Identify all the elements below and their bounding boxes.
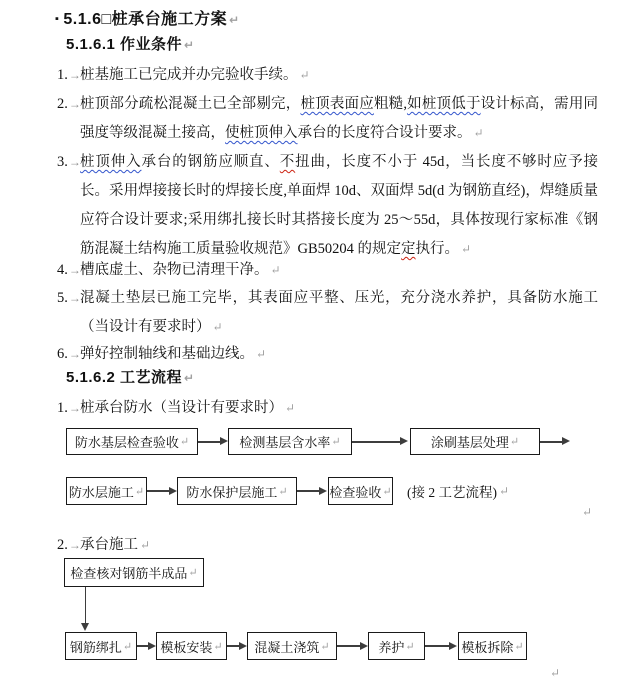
text-segment: 桩基施工已完成并办完验收手续。 [80,67,298,83]
flow-step-waterproof-base-inspection: 防水基层检查验收↵ [66,428,198,455]
paragraph-mark: ↵ [550,666,560,681]
list-item-6: 6.→弹好控制轴线和基础边线。↵ [57,340,598,369]
paragraph-mark: ↵ [283,401,295,415]
paragraph-mark: ↵ [459,242,471,256]
underlined-text: 使桩顶伸入 [225,125,298,141]
section-heading-5-1-6-1: 5.1.6.1 作业条件↵ [66,33,195,54]
tab-mark: → [68,68,81,82]
underlined-text: 如桩顶低于 [407,96,481,112]
item-number: 6.→ [57,340,81,369]
tab-mark: → [68,401,81,415]
flow-step-inspection-acceptance: 检查验收↵ [328,477,393,505]
paragraph-mark: ↵ [187,566,197,579]
tab-mark: → [68,155,81,169]
underlined-text: 桩顶表面应 [300,96,373,112]
item-number: 1.→ [57,394,81,423]
text-segment: 桩承台防水（当设计有要求时） [80,400,283,416]
item-number: 2.→ [57,90,81,119]
paragraph-mark: ↵ [404,640,414,653]
item-text: 桩顶部分疏松混凝土已全部剔完，桩顶表面应粗糙,如桩顶低于设计标高，需用同强度等级… [80,96,598,141]
paragraph-mark: ↵ [227,13,240,27]
list-item-1: 1.→桩基施工已完成并办完验收手续。↵ [57,61,598,90]
paragraph-mark: ↵ [211,320,223,334]
flow-step-formwork-removal: 模板拆除↵ [458,632,527,660]
paragraph-mark: ↵ [182,371,195,385]
text-segment: 承台施工 [80,537,138,553]
paragraph-mark: ↵ [319,640,329,653]
flow-arrow-right-icon [352,428,408,455]
heading-text: 5.1.6.1 作业条件 [66,36,182,53]
paragraph-mark: ↵ [472,126,484,140]
paragraph-mark: ↵ [277,485,287,498]
item-number: 2.→ [57,531,81,560]
list-item-4: 4.→槽底虚土、杂物已清理干净。↵ [57,256,598,285]
flow-step-protective-layer: 防水保护层施工↵ [177,477,297,505]
item-number: 5.→ [57,284,81,313]
flow-arrow-right-icon [198,428,228,455]
flow-continuation-note: (接 2 工艺流程)↵ [407,477,509,505]
tab-mark: → [68,263,81,277]
underlined-text: 不 [280,154,295,170]
item-text: 弹好控制轴线和基础边线。↵ [80,346,266,362]
tab-mark: → [68,97,81,111]
text-segment: 桩顶部分疏松混凝土已全部剔完， [80,96,300,112]
paragraph-mark: ↵ [138,538,150,552]
paragraph-mark: ↵ [513,640,523,653]
flow-step-concrete-pouring: 混凝土浇筑↵ [247,632,337,660]
flow-step-base-coating: 涂刷基层处理↵ [410,428,540,455]
paragraph-mark: ↵ [298,68,310,82]
tab-mark: → [68,538,81,552]
underlined-text: 定 [401,241,416,257]
sub-item-1: 1.→桩承台防水（当设计有要求时）↵ [57,394,598,423]
item-text: 承台施工↵ [80,537,150,553]
flow-arrow-right-icon [425,632,457,660]
flow-step-base-moisture-test: 检测基层含水率↵ [228,428,352,455]
item-text: 桩顶伸入承台的钢筋应顺直、不扭曲，长度不小于 45d，当长度不够时应予接长。采用… [80,154,598,257]
section-heading-5-1-6-2: 5.1.6.2 工艺流程↵ [66,366,195,387]
paragraph-mark: ↵ [269,263,281,277]
flow-arrow-right-icon [337,632,368,660]
flow-step-curing: 养护↵ [368,632,425,660]
item-text: 桩基施工已完成并办完验收手续。↵ [80,67,310,83]
paragraph-mark: ↵ [254,347,266,361]
paragraph-mark: ↵ [179,435,189,448]
text-segment: 承台的钢筋应顺直、 [141,154,279,170]
paragraph-mark: ↵ [381,485,391,498]
flow-step-rebar-tying: 钢筋绑扎↵ [65,632,137,660]
underlined-text: 桩顶伸入 [80,154,141,170]
text-segment: 弹好控制轴线和基础边线。 [80,346,254,362]
text-segment: 承台的长度符合设计要求。 [298,125,472,141]
flow-arrow-right-icon [137,632,156,660]
paragraph-mark: ↵ [330,435,340,448]
flow-step-waterproof-layer: 防水层施工↵ [66,477,147,505]
item-number: 4.→ [57,256,81,285]
item-text: 混凝土垫层已施工完毕，其表面应平整、压光，充分浇水养护，具备防水施工（当设计有要… [80,290,598,335]
paragraph-mark: ↵ [134,485,144,498]
flow-arrow-right-icon [227,632,247,660]
paragraph-mark: ↵ [497,484,509,499]
document-page: ▪5.1.6□桩承台施工方案↵ 5.1.6.1 作业条件↵ 1.→桩基施工已完成… [0,0,635,688]
item-text: 桩承台防水（当设计有要求时）↵ [80,400,295,416]
sub-item-2: 2.→承台施工↵ [57,531,598,560]
paragraph-mark: ↵ [212,640,222,653]
flow-step-formwork-install: 模板安装↵ [156,632,227,660]
flow-arrow-right-icon [297,477,327,505]
item-number: 1.→ [57,61,81,90]
flow-arrow-right-icon [540,428,570,455]
paragraph-mark: ↵ [582,505,592,520]
list-item-5: 5.→混凝土垫层已施工完毕，其表面应平整、压光，充分浇水养护，具备防水施工（当设… [57,284,598,342]
paragraph-mark: ↵ [122,640,132,653]
text-segment: 槽底虚土、杂物已清理干净。 [80,262,269,278]
heading-text: 5.1.6□桩承台施工方案 [63,11,227,28]
item-text: 槽底虚土、杂物已清理干净。↵ [80,262,281,278]
item-number: 3.→ [57,148,81,177]
heading-text: 5.1.6.2 工艺流程 [66,369,182,386]
text-segment: 粗糙, [374,96,407,112]
list-item-2: 2.→桩顶部分疏松混凝土已全部剔完，桩顶表面应粗糙,如桩顶低于设计标高，需用同强… [57,90,598,148]
text-segment: 混凝土垫层已施工完毕，其表面应平整、压光，充分浇水养护，具备防水施工（当设计有要… [80,290,598,335]
tab-mark: → [68,291,81,305]
list-bullet-icon: ▪ [55,13,59,25]
text-segment: 执行。 [416,241,460,257]
flow-step-check-rebar-semiproduct: 检查核对钢筋半成品↵ [64,558,204,587]
tab-mark: → [68,347,81,361]
flow-arrow-down-icon [81,587,90,631]
paragraph-mark: ↵ [182,38,195,52]
paragraph-mark: ↵ [509,435,519,448]
list-item-3: 3.→桩顶伸入承台的钢筋应顺直、不扭曲，长度不小于 45d，当长度不够时应予接长… [57,148,598,264]
flow-arrow-right-icon [147,477,177,505]
section-heading-5-1-6: ▪5.1.6□桩承台施工方案↵ [55,6,240,29]
